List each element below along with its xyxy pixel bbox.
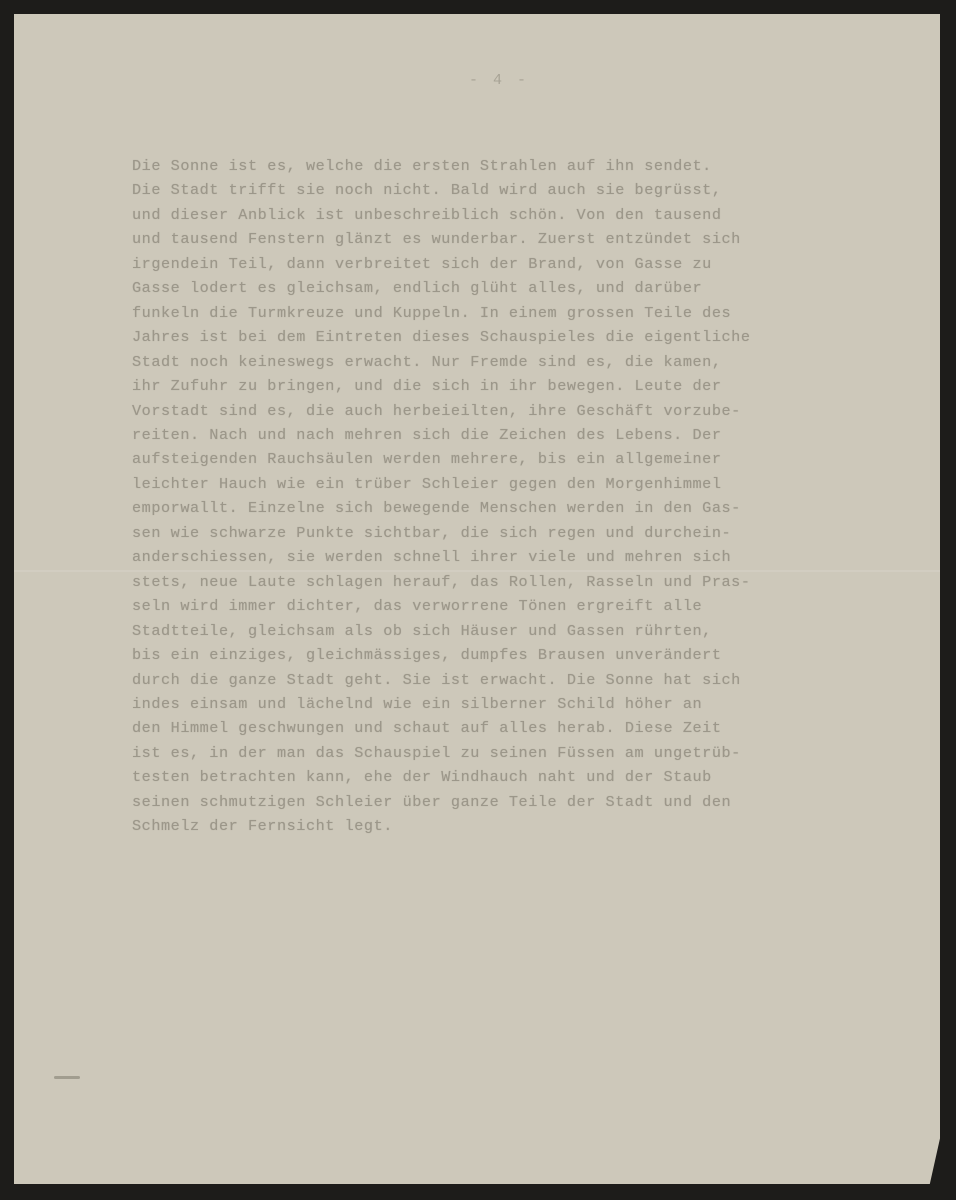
paper-page: - 4 - Die Sonne ist es, welche die erste… [14,14,940,1184]
text-line: ist es, in der man das Schauspiel zu sei… [132,741,832,765]
text-line: und dieser Anblick ist unbeschreiblich s… [132,203,832,227]
text-line: sen wie schwarze Punkte sichtbar, die si… [132,521,832,545]
text-line: Schmelz der Fernsicht legt. [132,814,832,838]
text-line: Stadtteile, gleichsam als ob sich Häuser… [132,619,832,643]
text-line: seln wird immer dichter, das verworrene … [132,594,832,618]
text-line: emporwallt. Einzelne sich bewegende Mens… [132,496,832,520]
text-line: irgendein Teil, dann verbreitet sich der… [132,252,832,276]
text-line: Die Sonne ist es, welche die ersten Stra… [132,154,832,178]
text-line: funkeln die Turmkreuze und Kuppeln. In e… [132,301,832,325]
text-line: seinen schmutzigen Schleier über ganze T… [132,790,832,814]
text-line: leichter Hauch wie ein trüber Schleier g… [132,472,832,496]
text-line: stets, neue Laute schlagen herauf, das R… [132,570,832,594]
text-line: ihr Zufuhr zu bringen, und die sich in i… [132,374,832,398]
text-line: indes einsam und lächelnd wie ein silber… [132,692,832,716]
text-line: bis ein einziges, gleichmässiges, dumpfe… [132,643,832,667]
text-line: anderschiessen, sie werden schnell ihrer… [132,545,832,569]
text-line: den Himmel geschwungen und schaut auf al… [132,716,832,740]
text-line: Gasse lodert es gleichsam, endlich glüht… [132,276,832,300]
text-line: Vorstadt sind es, die auch herbeieilten,… [132,399,832,423]
text-line: Die Stadt trifft sie noch nicht. Bald wi… [132,178,832,202]
text-line: durch die ganze Stadt geht. Sie ist erwa… [132,668,832,692]
text-line: reiten. Nach und nach mehren sich die Ze… [132,423,832,447]
text-line: Stadt noch keineswegs erwacht. Nur Fremd… [132,350,832,374]
text-line: Jahres ist bei dem Eintreten dieses Scha… [132,325,832,349]
text-line: testen betrachten kann, ehe der Windhauc… [132,765,832,789]
page-number: - 4 - [469,72,529,89]
text-line: und tausend Fenstern glänzt es wunderbar… [132,227,832,251]
typewritten-body: Die Sonne ist es, welche die ersten Stra… [132,154,832,839]
margin-mark [54,1076,80,1079]
text-line: aufsteigenden Rauchsäulen werden mehrere… [132,447,832,471]
